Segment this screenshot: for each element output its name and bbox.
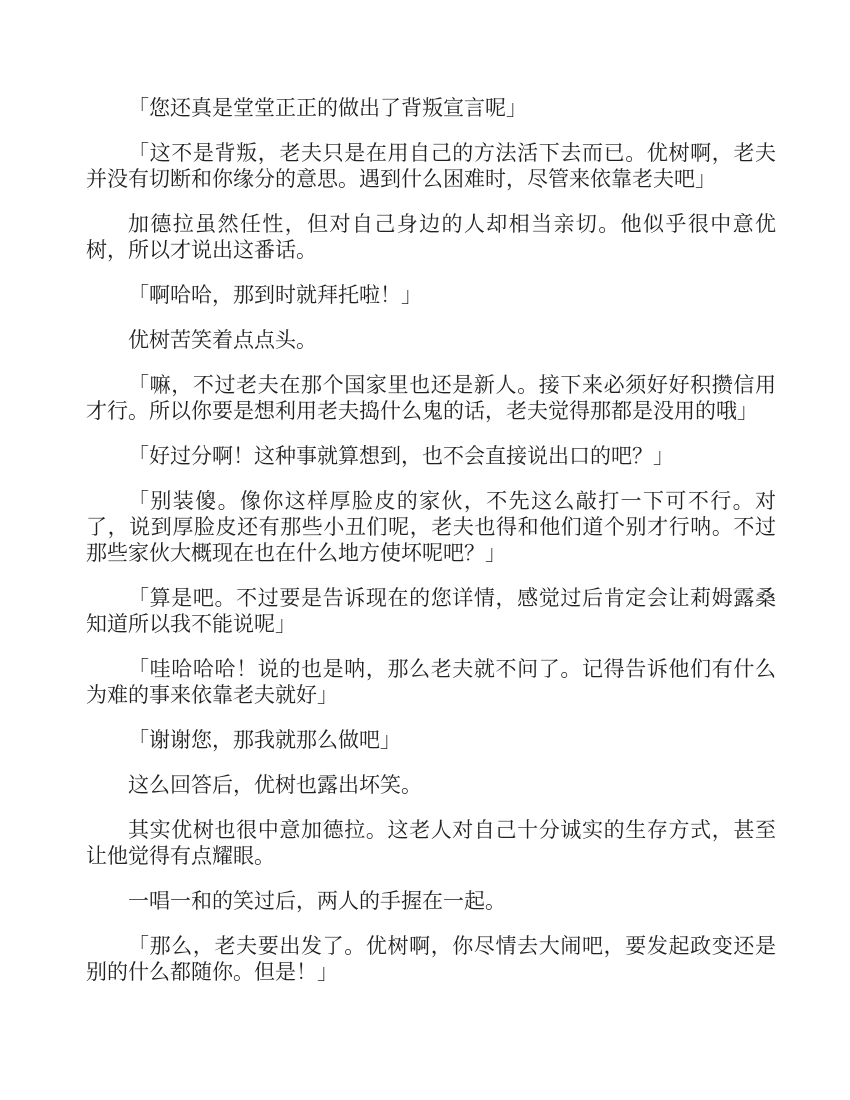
paragraph: 「嘛，不过老夫在那个国家里也还是新人。接下来必须好好积攒信用才行。所以你要是想利… xyxy=(86,372,776,424)
paragraph: 一唱一和的笑过后，两人的手握在一起。 xyxy=(86,888,776,914)
paragraph: 优树苦笑着点点头。 xyxy=(86,327,776,353)
paragraph: 「那么，老夫要出发了。优树啊，你尽情去大闹吧，要发起政变还是别的什么都随你。但是… xyxy=(86,933,776,985)
paragraph: 「别装傻。像你这样厚脸皮的家伙，不先这么敲打一下可不行。对了，说到厚脸皮还有那些… xyxy=(86,488,776,566)
paragraph: 「算是吧。不过要是告诉现在的您详情，感觉过后肯定会让莉姆露桑知道所以我不能说呢」 xyxy=(86,585,776,637)
paragraph: 「这不是背叛，老夫只是在用自己的方法活下去而已。优树啊，老夫并没有切断和你缘分的… xyxy=(86,140,776,192)
paragraph: 加德拉虽然任性，但对自己身边的人却相当亲切。他似乎很中意优树，所以才说出这番话。 xyxy=(86,211,776,263)
book-page: 「您还真是堂堂正正的做出了背叛宣言呢」 「这不是背叛，老夫只是在用自己的方法活下… xyxy=(0,0,850,1100)
paragraph: 其实优树也很中意加德拉。这老人对自己十分诚实的生存方式，甚至让他觉得有点耀眼。 xyxy=(86,817,776,869)
paragraph: 这么回答后，优树也露出坏笑。 xyxy=(86,772,776,798)
paragraph: 「谢谢您，那我就那么做吧」 xyxy=(86,727,776,753)
paragraph: 「哇哈哈哈！说的也是呐，那么老夫就不问了。记得告诉他们有什么为难的事来依靠老夫就… xyxy=(86,656,776,708)
page-text-block: 「您还真是堂堂正正的做出了背叛宣言呢」 「这不是背叛，老夫只是在用自己的方法活下… xyxy=(86,95,776,985)
paragraph: 「好过分啊！这种事就算想到，也不会直接说出口的吧？」 xyxy=(86,443,776,469)
paragraph: 「啊哈哈，那到时就拜托啦！」 xyxy=(86,282,776,308)
paragraph: 「您还真是堂堂正正的做出了背叛宣言呢」 xyxy=(86,95,776,121)
